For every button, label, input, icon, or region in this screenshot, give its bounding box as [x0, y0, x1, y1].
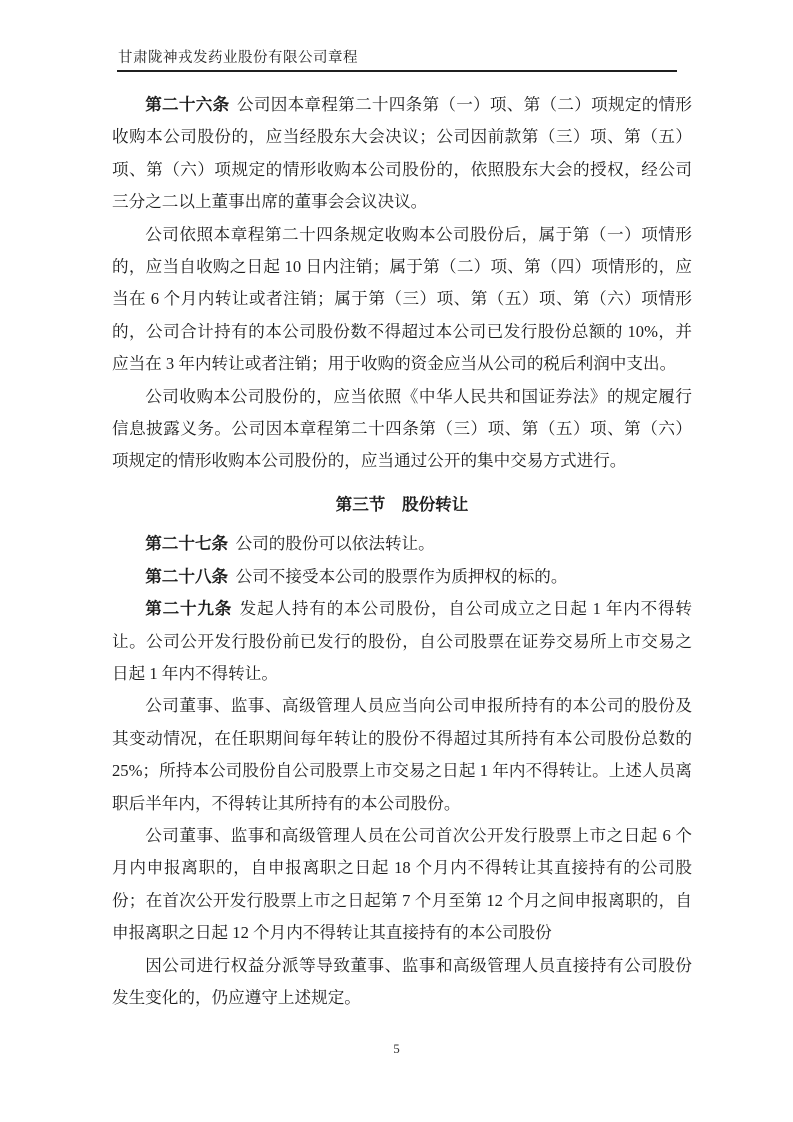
page-number: 5 — [0, 1041, 793, 1057]
paragraph: 公司董事、监事、高级管理人员应当向公司申报所持有的本公司的股份及其变动情况，在任… — [112, 690, 692, 820]
paragraph-article-28: 第二十八条公司不接受本公司的股票作为质押权的标的。 — [112, 561, 692, 593]
document-body: 第二十六条公司因本章程第二十四条第（一）项、第（二）项规定的情形收购本公司股份的… — [112, 89, 692, 1014]
header-rule — [117, 70, 677, 72]
paragraph: 公司依照本章程第二十四条规定收购本公司股份后，属于第（一）项情形的，应当自收购之… — [112, 219, 692, 381]
paragraph-text: 公司收购本公司股份的，应当依照《中华人民共和国证券法》的规定履行信息披露义务。公… — [112, 387, 692, 471]
paragraph-text: 因公司进行权益分派等导致董事、监事和高级管理人员直接持有公司股份发生变化的，仍应… — [112, 956, 692, 1007]
paragraph-article-26: 第二十六条公司因本章程第二十四条第（一）项、第（二）项规定的情形收购本公司股份的… — [112, 89, 692, 219]
paragraph: 公司收购本公司股份的，应当依照《中华人民共和国证券法》的规定履行信息披露义务。公… — [112, 381, 692, 478]
paragraph-article-27: 第二十七条公司的股份可以依法转让。 — [112, 528, 692, 560]
document-header-title: 甘肃陇神戎发药业股份有限公司章程 — [118, 46, 358, 67]
document-page: 甘肃陇神戎发药业股份有限公司章程 第二十六条公司因本章程第二十四条第（一）项、第… — [0, 0, 793, 1122]
paragraph: 因公司进行权益分派等导致董事、监事和高级管理人员直接持有公司股份发生变化的，仍应… — [112, 950, 692, 1015]
paragraph-text: 公司董事、监事和高级管理人员在公司首次公开发行股票上市之日起 6 个月内申报离职… — [112, 826, 692, 942]
article-number: 第二十七条 — [145, 534, 228, 553]
paragraph-text: 公司依照本章程第二十四条规定收购本公司股份后，属于第（一）项情形的，应当自收购之… — [112, 225, 692, 374]
article-number: 第二十九条 — [145, 599, 232, 618]
paragraph-text: 公司的股份可以依法转让。 — [236, 534, 435, 553]
paragraph-article-29: 第二十九条发起人持有的本公司股份，自公司成立之日起 1 年内不得转让。公司公开发… — [112, 593, 692, 690]
section-heading: 第三节 股份转让 — [112, 489, 692, 521]
article-number: 第二十六条 — [145, 95, 229, 114]
paragraph-text: 公司不接受本公司的股票作为质押权的标的。 — [236, 567, 568, 586]
paragraph: 公司董事、监事和高级管理人员在公司首次公开发行股票上市之日起 6 个月内申报离职… — [112, 820, 692, 950]
paragraph-text: 公司董事、监事、高级管理人员应当向公司申报所持有的本公司的股份及其变动情况，在任… — [112, 696, 692, 812]
article-number: 第二十八条 — [145, 567, 228, 586]
